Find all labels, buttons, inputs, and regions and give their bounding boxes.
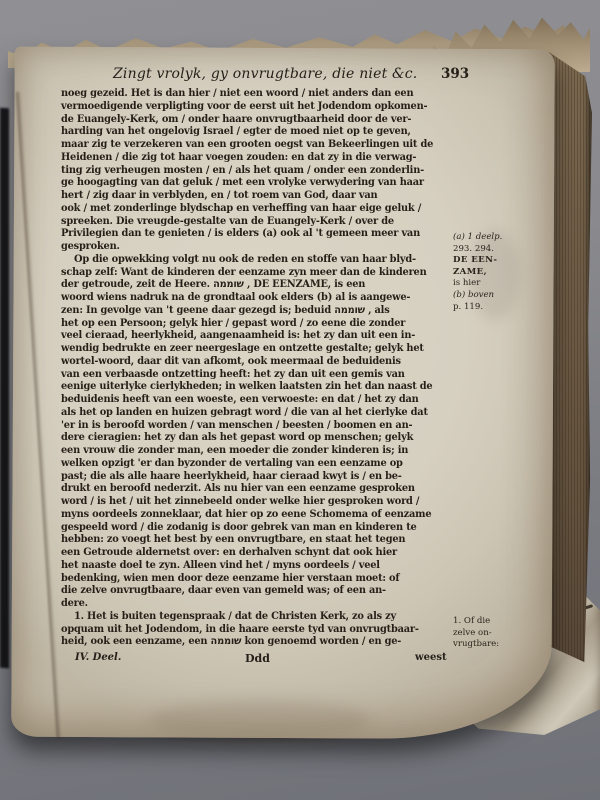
margin-note-line: DE EEN- — [453, 255, 545, 267]
text-line: noeg gezeid. Het is dan hier / niet een … — [61, 88, 469, 101]
text-line: past; die als alle haare heerlykheid, ha… — [61, 471, 469, 484]
page-number: 393 — [441, 66, 469, 82]
margin-note-b: 1. Of die zelve on- vrugtbare: — [453, 616, 545, 651]
text-line: wortel-woord, daar dit van afkomt, ook m… — [61, 356, 469, 369]
margin-note-line: p. 119. — [453, 302, 545, 314]
text-line: drukt en beroofd nederzit. Als nu hier v… — [61, 483, 469, 496]
text-line: welken opzigt 'er dan byzonder de vertal… — [61, 458, 469, 471]
text-line: vermoedigende verpligting voor de eerst … — [61, 101, 469, 114]
text-line: schap zelf: Want de kinderen der eenzame… — [61, 267, 469, 280]
text-line: dere. — [61, 598, 469, 611]
catchword: weest — [415, 652, 447, 663]
margin-note-line: 293. 294. — [453, 244, 545, 256]
text-line: ook / met zonderlinge blydschap en verhe… — [61, 203, 469, 216]
text-line: 1. Het is buiten tegenspraak / dat de Ch… — [61, 611, 469, 624]
text-line: spreeken. Die vreugde-gestalte van de Eu… — [61, 216, 469, 229]
margin-note-line: vrugtbare: — [453, 639, 545, 651]
text-line: woord wiens nadruk na de grondtaal ook e… — [61, 292, 469, 305]
text-line: die zelve onvrugtbaare, daar even van ge… — [61, 585, 469, 598]
signature-mark: Ddd — [245, 652, 270, 665]
margin-note-line: (a) 1 deelp. — [453, 232, 545, 244]
text-line: Privilegien dan te genieten / is elders … — [61, 228, 469, 241]
running-header: Zingt vrolyk, gy onvrugtbare, die niet &… — [13, 66, 553, 84]
margin-note-line: zelve on- — [453, 628, 545, 640]
text-line: ge hoogagting van dat geluk / met een vr… — [61, 177, 469, 190]
margin-note-a: (a) 1 deelp. 293. 294. DE EEN- ZAME, is … — [453, 232, 545, 313]
text-line: het naaste doel te zyn. Alleen vind het … — [61, 560, 469, 573]
margin-note-line: 1. Of die — [453, 616, 545, 628]
text-line: der getroude, zeit de Heere. שוממה , DE … — [61, 279, 469, 292]
text-line: Heidenen / die zig tot haar voegen zoude… — [61, 152, 469, 165]
margin-note-line: ZAME, — [453, 267, 545, 279]
text-line: hert / zig daar in verblyden, en / tot r… — [61, 190, 469, 203]
text-line: zen: In gevolge van 't geene daar gezegd… — [61, 305, 469, 318]
text-line: als het op landen en huizen gebragt word… — [61, 407, 469, 420]
book-spine-edge — [0, 108, 9, 669]
volume-label: IV. Deel. — [75, 652, 121, 663]
text-line: gesproken. — [61, 241, 469, 254]
text-line: harding van het ongelovig Israel / egter… — [61, 126, 469, 139]
text-line: een vrouw die zonder man, een moeder die… — [61, 445, 469, 458]
text-line: heid, ook een eenzame, een שוממה kon gen… — [61, 636, 469, 649]
running-header-title: Zingt vrolyk, gy onvrugtbare, die niet &… — [113, 66, 417, 82]
text-line: gespeeld word / die zodanig is door gebr… — [61, 522, 469, 535]
page-footer: IV. Deel. Ddd weest — [13, 652, 553, 666]
text-line: dere cieragien: het zy dan als het gepas… — [61, 432, 469, 445]
text-line: een Getroude aldernetst over: en derhalv… — [61, 547, 469, 560]
body-text-column: noeg gezeid. Het is dan hier / niet een … — [61, 88, 469, 649]
text-line: maar zig te verzekeren van een grooten o… — [61, 139, 469, 152]
margin-note-line: is hier — [453, 278, 545, 290]
text-line: wendig bedrukte en zeer neergeslage en o… — [61, 343, 469, 356]
text-line: myns oordeels zonneklaar, dat hier op zo… — [61, 509, 469, 522]
text-line: 'er in is beroofd worden / van menschen … — [61, 420, 469, 433]
text-line: bedenking, wien men door deze eenzame hi… — [61, 573, 469, 586]
text-line: het op een Persoon; gelyk hier / gepast … — [61, 318, 469, 331]
text-line: eenige uiterlyke cierlykheden; in welken… — [61, 381, 469, 394]
margin-note-line: (b) boven — [453, 290, 545, 302]
text-line: word / is het / uit het zinnebeeld onder… — [61, 496, 469, 509]
text-line: hebben: zo voegt het best by een onvrugt… — [61, 534, 469, 547]
text-line: veel cieraad, heerlykheid, aangenaamheid… — [61, 330, 469, 343]
text-line: van een verbaasde ontzetting heeft: het … — [61, 369, 469, 382]
text-line: de Euangely-Kerk, om / onder haare onvru… — [61, 114, 469, 127]
text-line: ting zig verheugen mosten / en / als het… — [61, 165, 469, 178]
page-content: Zingt vrolyk, gy onvrugtbare, die niet &… — [13, 48, 553, 738]
text-line: Op die opwekking volgt nu ook de reden e… — [61, 254, 469, 267]
text-line: beduidenis heeft van een woeste, een ver… — [61, 394, 469, 407]
text-line: opquam uit het Jodendom, in die haare ee… — [61, 624, 469, 637]
